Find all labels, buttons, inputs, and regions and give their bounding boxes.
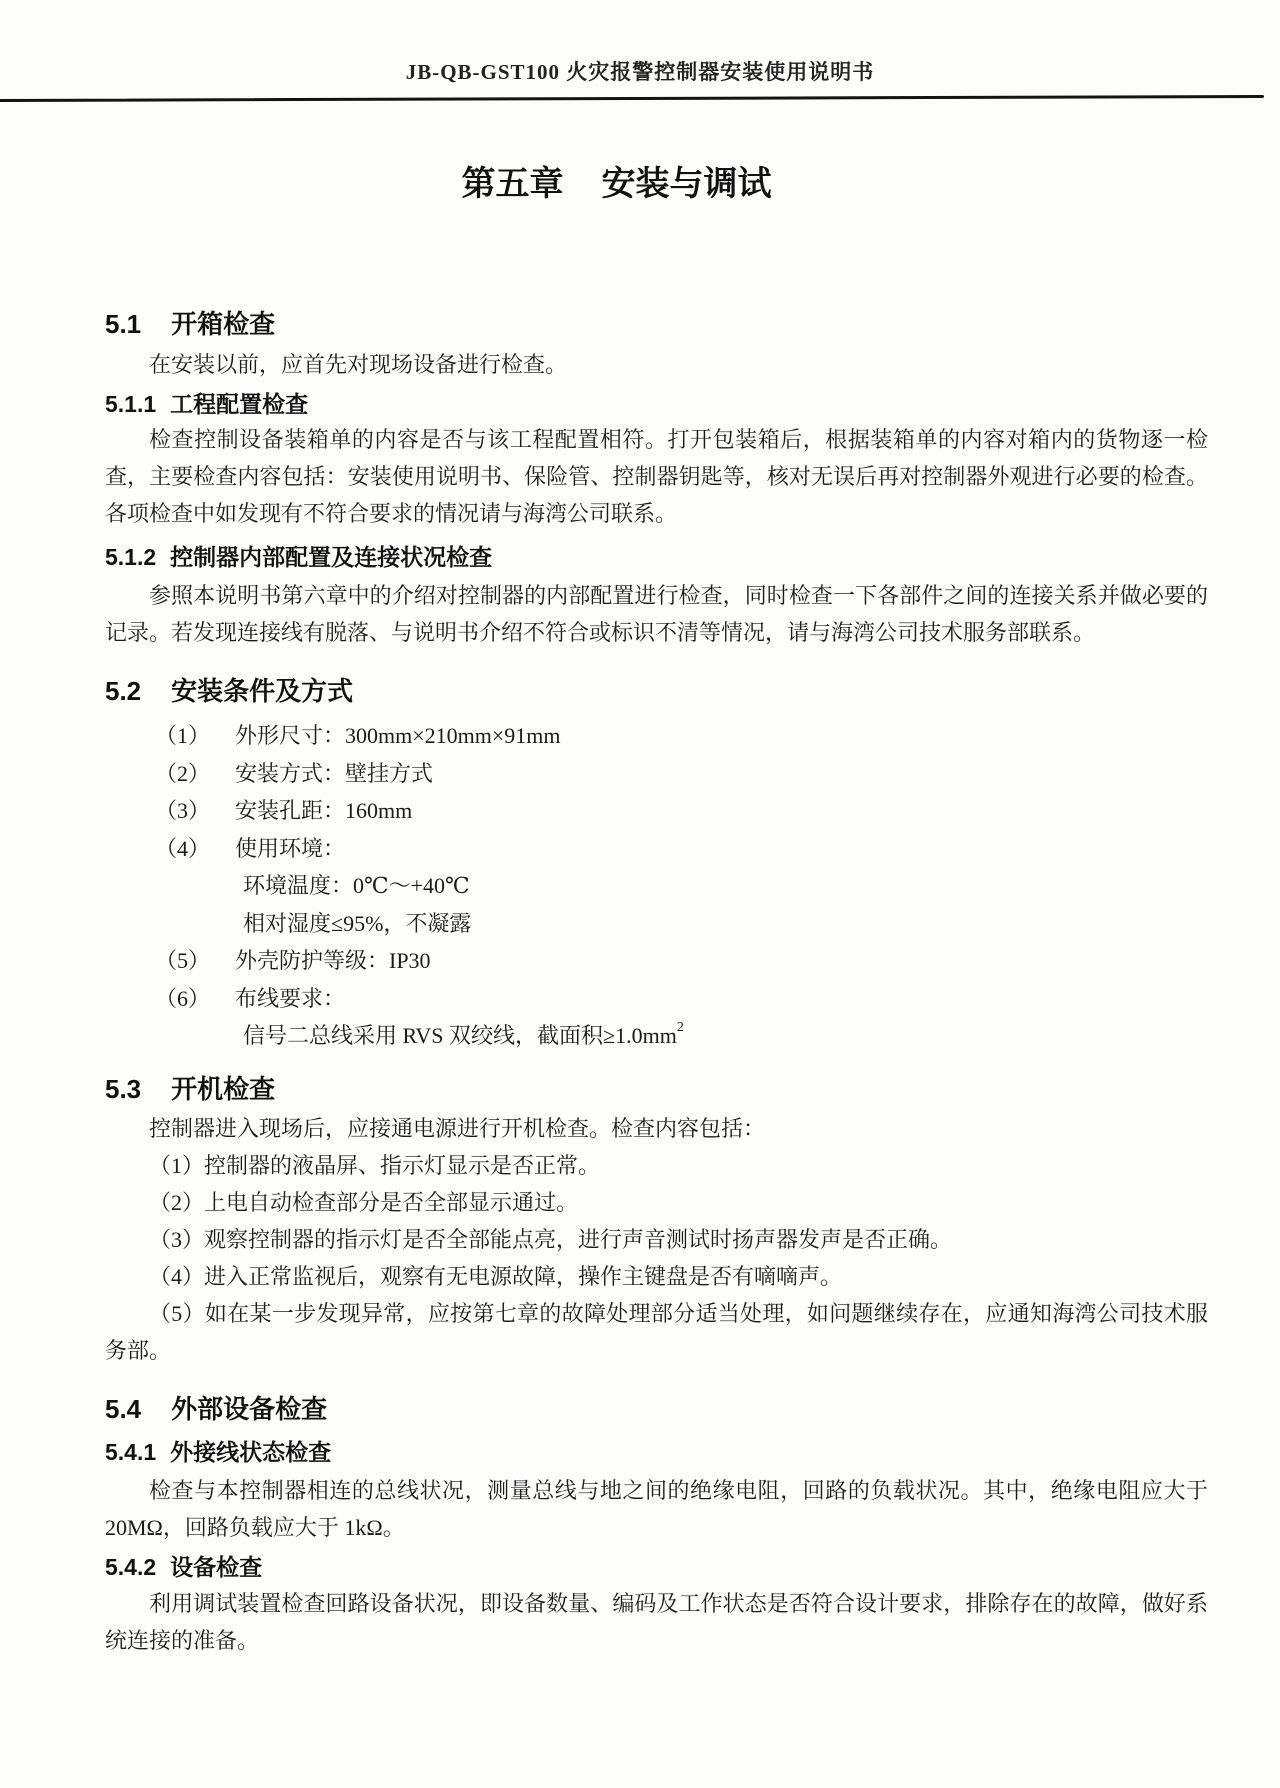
subsection-title: 设备检查 — [170, 1554, 262, 1580]
spec-item-label: （5） — [155, 942, 213, 980]
section-heading-5-4: 5.4外部设备检查 — [105, 1393, 1208, 1425]
spec-item-environment: （4）使用环境： — [105, 830, 1208, 868]
section-number: 5.4 — [105, 1393, 141, 1425]
subsection-title: 控制器内部配置及连接状况检查 — [170, 544, 492, 570]
section-title: 开箱检查 — [171, 309, 275, 339]
paragraph-powerup-intro: 控制器进入现场后，应接通电源进行开机检查。检查内容包括： — [105, 1110, 1208, 1147]
powerup-check-list: （1）控制器的液晶屏、指示灯显示是否正常。 （2）上电自动检查部分是否全部显示通… — [105, 1147, 1208, 1369]
spec-wiring-detail: 信号二总线采用 RVS 双绞线，截面积≥1.0mm2 — [105, 1017, 1208, 1055]
spec-item-label: （3） — [155, 792, 213, 830]
spec-env-temperature: 环境温度：0℃～+40℃ — [105, 867, 1208, 905]
spec-item-mount-method: （2）安装方式：壁挂方式 — [105, 755, 1208, 793]
subsection-heading-5-1-2: 5.1.2控制器内部配置及连接状况检查 — [105, 542, 1208, 572]
section-number: 5.1 — [105, 308, 141, 340]
chapter-title: 第五章安装与调试 — [105, 160, 1128, 208]
section-5-4: 5.4外部设备检查 5.4.1外接线状态检查 检查与本控制器相连的总线状况，测量… — [105, 1393, 1208, 1659]
installation-spec-list: （1）外形尺寸：300mm×210mm×91mm （2）安装方式：壁挂方式 （3… — [105, 717, 1208, 1055]
spec-item-text: 使用环境： — [235, 830, 345, 868]
spec-item-label: （6） — [155, 980, 213, 1018]
spec-env-humidity: 相对湿度≤95%，不凝露 — [105, 905, 1208, 943]
spec-item-text: 安装孔距：160mm — [235, 792, 412, 830]
page-content: 第五章安装与调试 5.1开箱检查 在安装以前，应首先对现场设备进行检查。 5.1… — [0, 160, 1280, 1659]
subsection-number: 5.1.2 — [105, 542, 156, 572]
spec-item-text: 安装方式：壁挂方式 — [235, 755, 433, 793]
section-heading-5-3: 5.3开机检查 — [105, 1073, 1208, 1105]
spec-item-text: 信号二总线采用 RVS 双绞线，截面积≥1.0mm2 — [243, 1017, 684, 1055]
check-item-selftest: （2）上电自动检查部分是否全部显示通过。 — [105, 1184, 1208, 1221]
subsection-heading-5-1-1: 5.1.1工程配置检查 — [105, 389, 1208, 419]
section-number: 5.2 — [105, 675, 141, 707]
spec-item-label: （1） — [155, 717, 213, 755]
check-item-indicators-sound: （3）观察控制器的指示灯是否全部能点亮，进行声音测试时扬声器发声是否正确。 — [105, 1221, 1208, 1258]
spec-item-wiring: （6）布线要求： — [105, 980, 1208, 1018]
section-heading-5-2: 5.2安装条件及方式 — [105, 675, 1208, 707]
superscript-2: 2 — [677, 1020, 684, 1035]
spec-item-dimensions: （1）外形尺寸：300mm×210mm×91mm — [105, 717, 1208, 755]
subsection-title: 外接线状态检查 — [170, 1439, 331, 1465]
section-title: 外部设备检查 — [171, 1394, 327, 1424]
spec-item-text: 环境温度：0℃～+40℃ — [243, 867, 470, 905]
spec-item-text: 相对湿度≤95%，不凝露 — [243, 905, 471, 943]
spec-item-text: 外壳防护等级：IP30 — [235, 942, 431, 980]
subsection-number: 5.4.2 — [105, 1552, 156, 1582]
check-item-abnormal-handling: （5）如在某一步发现异常，应按第七章的故障处理部分适当处理，如问题继续存在，应通… — [105, 1295, 1208, 1369]
spec-item-text: 外形尺寸：300mm×210mm×91mm — [235, 717, 561, 755]
chapter-number: 第五章 — [462, 165, 564, 203]
paragraph-project-config-check: 检查控制设备装箱单的内容是否与该工程配置相符。打开包装箱后，根据装箱单的内容对箱… — [105, 421, 1208, 532]
spec-item-label: （2） — [155, 755, 213, 793]
header-title: JB-QB-GST100 火灾报警控制器安装使用说明书 — [0, 56, 1280, 86]
header-rule — [0, 95, 1264, 102]
section-heading-5-1: 5.1开箱检查 — [105, 308, 1208, 340]
paragraph-external-wiring-check: 检查与本控制器相连的总线状况，测量总线与地之间的绝缘电阻，回路的负载状况。其中，… — [105, 1472, 1208, 1546]
check-item-lcd-leds: （1）控制器的液晶屏、指示灯显示是否正常。 — [105, 1147, 1208, 1184]
spec-item-hole-distance: （3）安装孔距：160mm — [105, 792, 1208, 830]
section-5-1: 5.1开箱检查 在安装以前，应首先对现场设备进行检查。 5.1.1工程配置检查 … — [105, 308, 1208, 651]
section-number: 5.3 — [105, 1073, 141, 1105]
subsection-heading-5-4-1: 5.4.1外接线状态检查 — [105, 1437, 1208, 1467]
chapter-name: 安装与调试 — [602, 165, 772, 203]
subsection-title: 工程配置检查 — [170, 391, 308, 417]
check-item-monitoring-keypad: （4）进入正常监视后，观察有无电源故障，操作主键盘是否有嘀嘀声。 — [105, 1258, 1208, 1295]
section-title: 开机检查 — [171, 1074, 275, 1104]
spec-item-text: 布线要求： — [235, 980, 345, 1018]
paragraph-device-check: 利用调试装置检查回路设备状况，即设备数量、编码及工作状态是否符合设计要求，排除存… — [105, 1585, 1208, 1659]
page-header: JB-QB-GST100 火灾报警控制器安装使用说明书 — [0, 0, 1280, 100]
subsection-number: 5.1.1 — [105, 389, 156, 419]
paragraph-internal-config-check: 参照本说明书第六章中的介绍对控制器的内部配置进行检查，同时检查一下各部件之间的连… — [105, 577, 1208, 651]
subsection-heading-5-4-2: 5.4.2设备检查 — [105, 1552, 1208, 1582]
subsection-number: 5.4.1 — [105, 1437, 156, 1467]
spec-item-ip-rating: （5）外壳防护等级：IP30 — [105, 942, 1208, 980]
manual-page: JB-QB-GST100 火灾报警控制器安装使用说明书 第五章安装与调试 5.1… — [0, 0, 1280, 1788]
spec-item-label: （4） — [155, 830, 213, 868]
section-title: 安装条件及方式 — [171, 676, 353, 706]
paragraph-unpacking-intro: 在安装以前，应首先对现场设备进行检查。 — [105, 346, 1208, 383]
section-5-3: 5.3开机检查 控制器进入现场后，应接通电源进行开机检查。检查内容包括： （1）… — [105, 1073, 1208, 1369]
section-5-2: 5.2安装条件及方式 （1）外形尺寸：300mm×210mm×91mm （2）安… — [105, 675, 1208, 1055]
